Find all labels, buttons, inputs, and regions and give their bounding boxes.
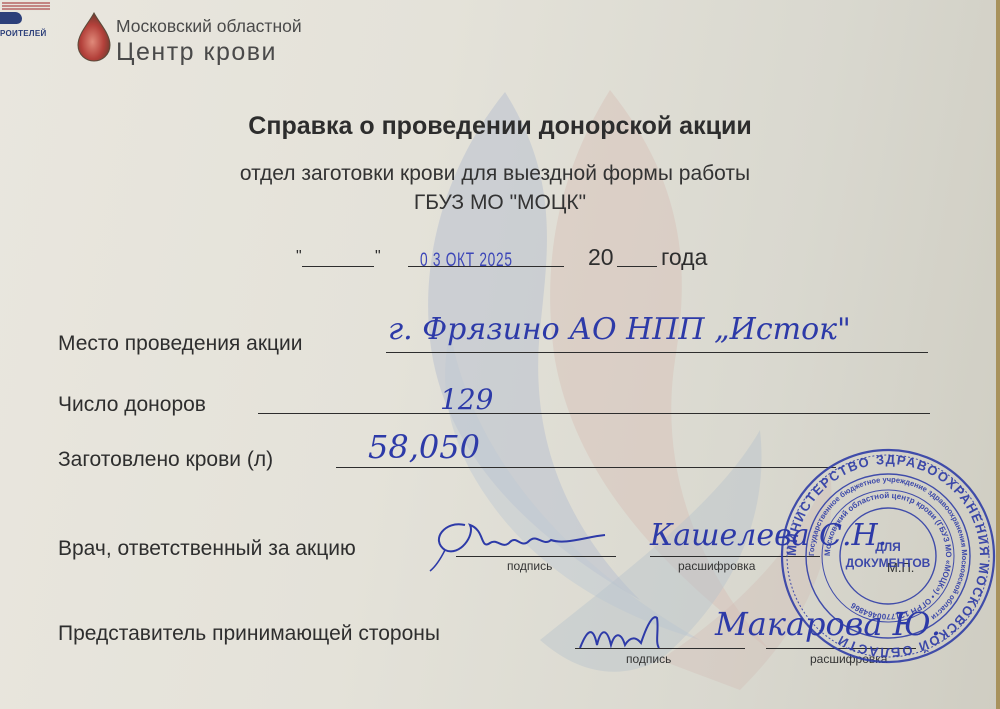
date-close-quote: " (375, 248, 381, 266)
day-blank (302, 266, 374, 267)
receiver-label: Представитель принимающей стороны (58, 622, 440, 646)
year-blank (617, 266, 657, 267)
partner-logo-lines (2, 2, 50, 11)
donors-label: Число доноров (58, 393, 206, 417)
stamp-center-line2: ДОКУМЕНТОВ (846, 556, 931, 570)
blood-drop-icon (76, 12, 112, 62)
document-page: РОИТЕЛЕЙ Московский областной Центр кров… (0, 0, 1000, 709)
official-round-stamp: МИНИСТЕРСТВО ЗДРАВООХРАНЕНИЯ МОСКОВСКОЙ … (775, 445, 1000, 667)
organization-name: ГБУЗ МО "МОЦК" (0, 191, 1000, 215)
location-value[interactable]: г. Фрязино АО НПП „Исток" (388, 312, 851, 347)
date-open-quote: " (296, 248, 302, 266)
doctor-name-caption: расшифровка (678, 559, 755, 573)
location-label: Место проведения акции (58, 332, 303, 356)
location-line (386, 352, 928, 353)
blood-label: Заготовлено крови (л) (58, 448, 273, 472)
blood-line (336, 467, 836, 468)
document-subtitle: отдел заготовки крови для выездной формы… (0, 162, 990, 186)
doctor-label: Врач, ответственный за акцию (58, 537, 356, 561)
partner-logo: РОИТЕЛЕЙ (0, 0, 70, 45)
donors-value[interactable]: 129 (440, 383, 493, 416)
partner-logo-text: РОИТЕЛЕЙ (0, 29, 47, 38)
document-title: Справка о проведении донорской акции (0, 112, 1000, 141)
stamped-date: 0 3 ОКТ 2025 (420, 250, 513, 272)
year-prefix: 20 (588, 244, 614, 271)
receiver-signature-caption: подпись (626, 652, 671, 666)
receiver-signature (575, 610, 685, 655)
donors-line (258, 413, 930, 414)
brand-line-2: Центр крови (116, 38, 277, 67)
partner-logo-shape (0, 12, 22, 24)
blood-value[interactable]: 58,050 (368, 428, 480, 466)
year-suffix: года (661, 244, 707, 271)
brand-line-1: Московский областной (116, 16, 302, 37)
stamp-center-line1: ДЛЯ (875, 540, 901, 554)
doctor-signature-caption: подпись (507, 559, 552, 573)
